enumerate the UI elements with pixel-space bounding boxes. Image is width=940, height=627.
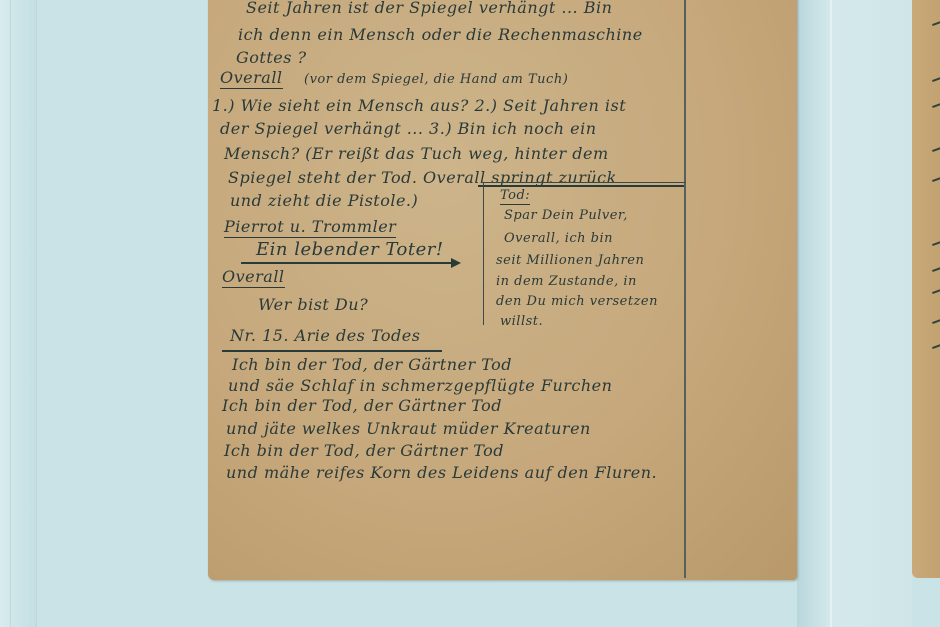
dialogue-line: Ein lebender Toter! bbox=[256, 239, 444, 260]
ink-stroke bbox=[932, 76, 940, 82]
text-line: Gottes ? bbox=[236, 48, 307, 67]
box-line: willst. bbox=[500, 314, 543, 329]
speaker-heading: Overall bbox=[220, 68, 283, 89]
speaker-heading: Tod: bbox=[500, 188, 530, 205]
background-edge bbox=[0, 0, 37, 627]
box-line: Overall, ich bin bbox=[504, 231, 613, 246]
ink-stroke bbox=[932, 240, 940, 246]
heading-underline bbox=[222, 350, 442, 352]
text-line: und zieht die Pistole.) bbox=[230, 191, 418, 210]
manuscript-page: Seit Jahren ist der Spiegel verhängt ...… bbox=[208, 0, 797, 580]
box-line: den Du mich versetzen bbox=[496, 294, 658, 309]
ink-stroke bbox=[932, 318, 940, 324]
aria-line: und mähe reifes Korn des Leidens auf den… bbox=[226, 463, 657, 482]
aria-line: Ich bin der Tod, der Gärtner Tod bbox=[222, 396, 502, 415]
text-line: Mensch? (Er reißt das Tuch weg, hinter d… bbox=[224, 144, 609, 163]
aria-line: Ich bin der Tod, der Gärtner Tod bbox=[232, 355, 512, 374]
arrow-left-icon bbox=[241, 262, 459, 264]
ink-stroke bbox=[932, 176, 940, 182]
text-line: Seit Jahren ist der Spiegel verhängt ...… bbox=[246, 0, 612, 17]
speaker-heading: Pierrot u. Trommler bbox=[224, 217, 396, 238]
dialogue-line: Wer bist Du? bbox=[258, 295, 368, 314]
gutter-fold bbox=[830, 0, 832, 627]
text-line: der Spiegel verhängt ... 3.) Bin ich noc… bbox=[220, 119, 597, 138]
speaker-heading: Overall bbox=[222, 267, 285, 288]
ink-stroke bbox=[932, 343, 940, 349]
ink-stroke bbox=[932, 266, 940, 272]
facing-page bbox=[912, 0, 940, 578]
box-line: in dem Zustande, in bbox=[496, 274, 637, 289]
aria-heading: Nr. 15. Arie des Todes bbox=[230, 326, 420, 345]
book-gutter bbox=[797, 0, 912, 627]
box-line: seit Millionen Jahren bbox=[496, 253, 644, 268]
stage-direction: (vor dem Spiegel, die Hand am Tuch) bbox=[304, 72, 568, 87]
text-line: ich denn ein Mensch oder die Rechenmasch… bbox=[238, 25, 643, 44]
ink-stroke bbox=[932, 146, 940, 152]
text-line: 1.) Wie sieht ein Mensch aus? 2.) Seit J… bbox=[212, 96, 626, 115]
aria-line: und säe Schlaf in schmerzgepflügte Furch… bbox=[228, 376, 612, 395]
ink-stroke bbox=[932, 102, 940, 108]
ink-stroke bbox=[932, 288, 940, 294]
ink-stroke bbox=[932, 20, 940, 26]
aria-line: Ich bin der Tod, der Gärtner Tod bbox=[224, 441, 504, 460]
box-line: Spar Dein Pulver, bbox=[504, 208, 628, 223]
aria-line: und jäte welkes Unkraut müder Kreaturen bbox=[226, 419, 591, 438]
